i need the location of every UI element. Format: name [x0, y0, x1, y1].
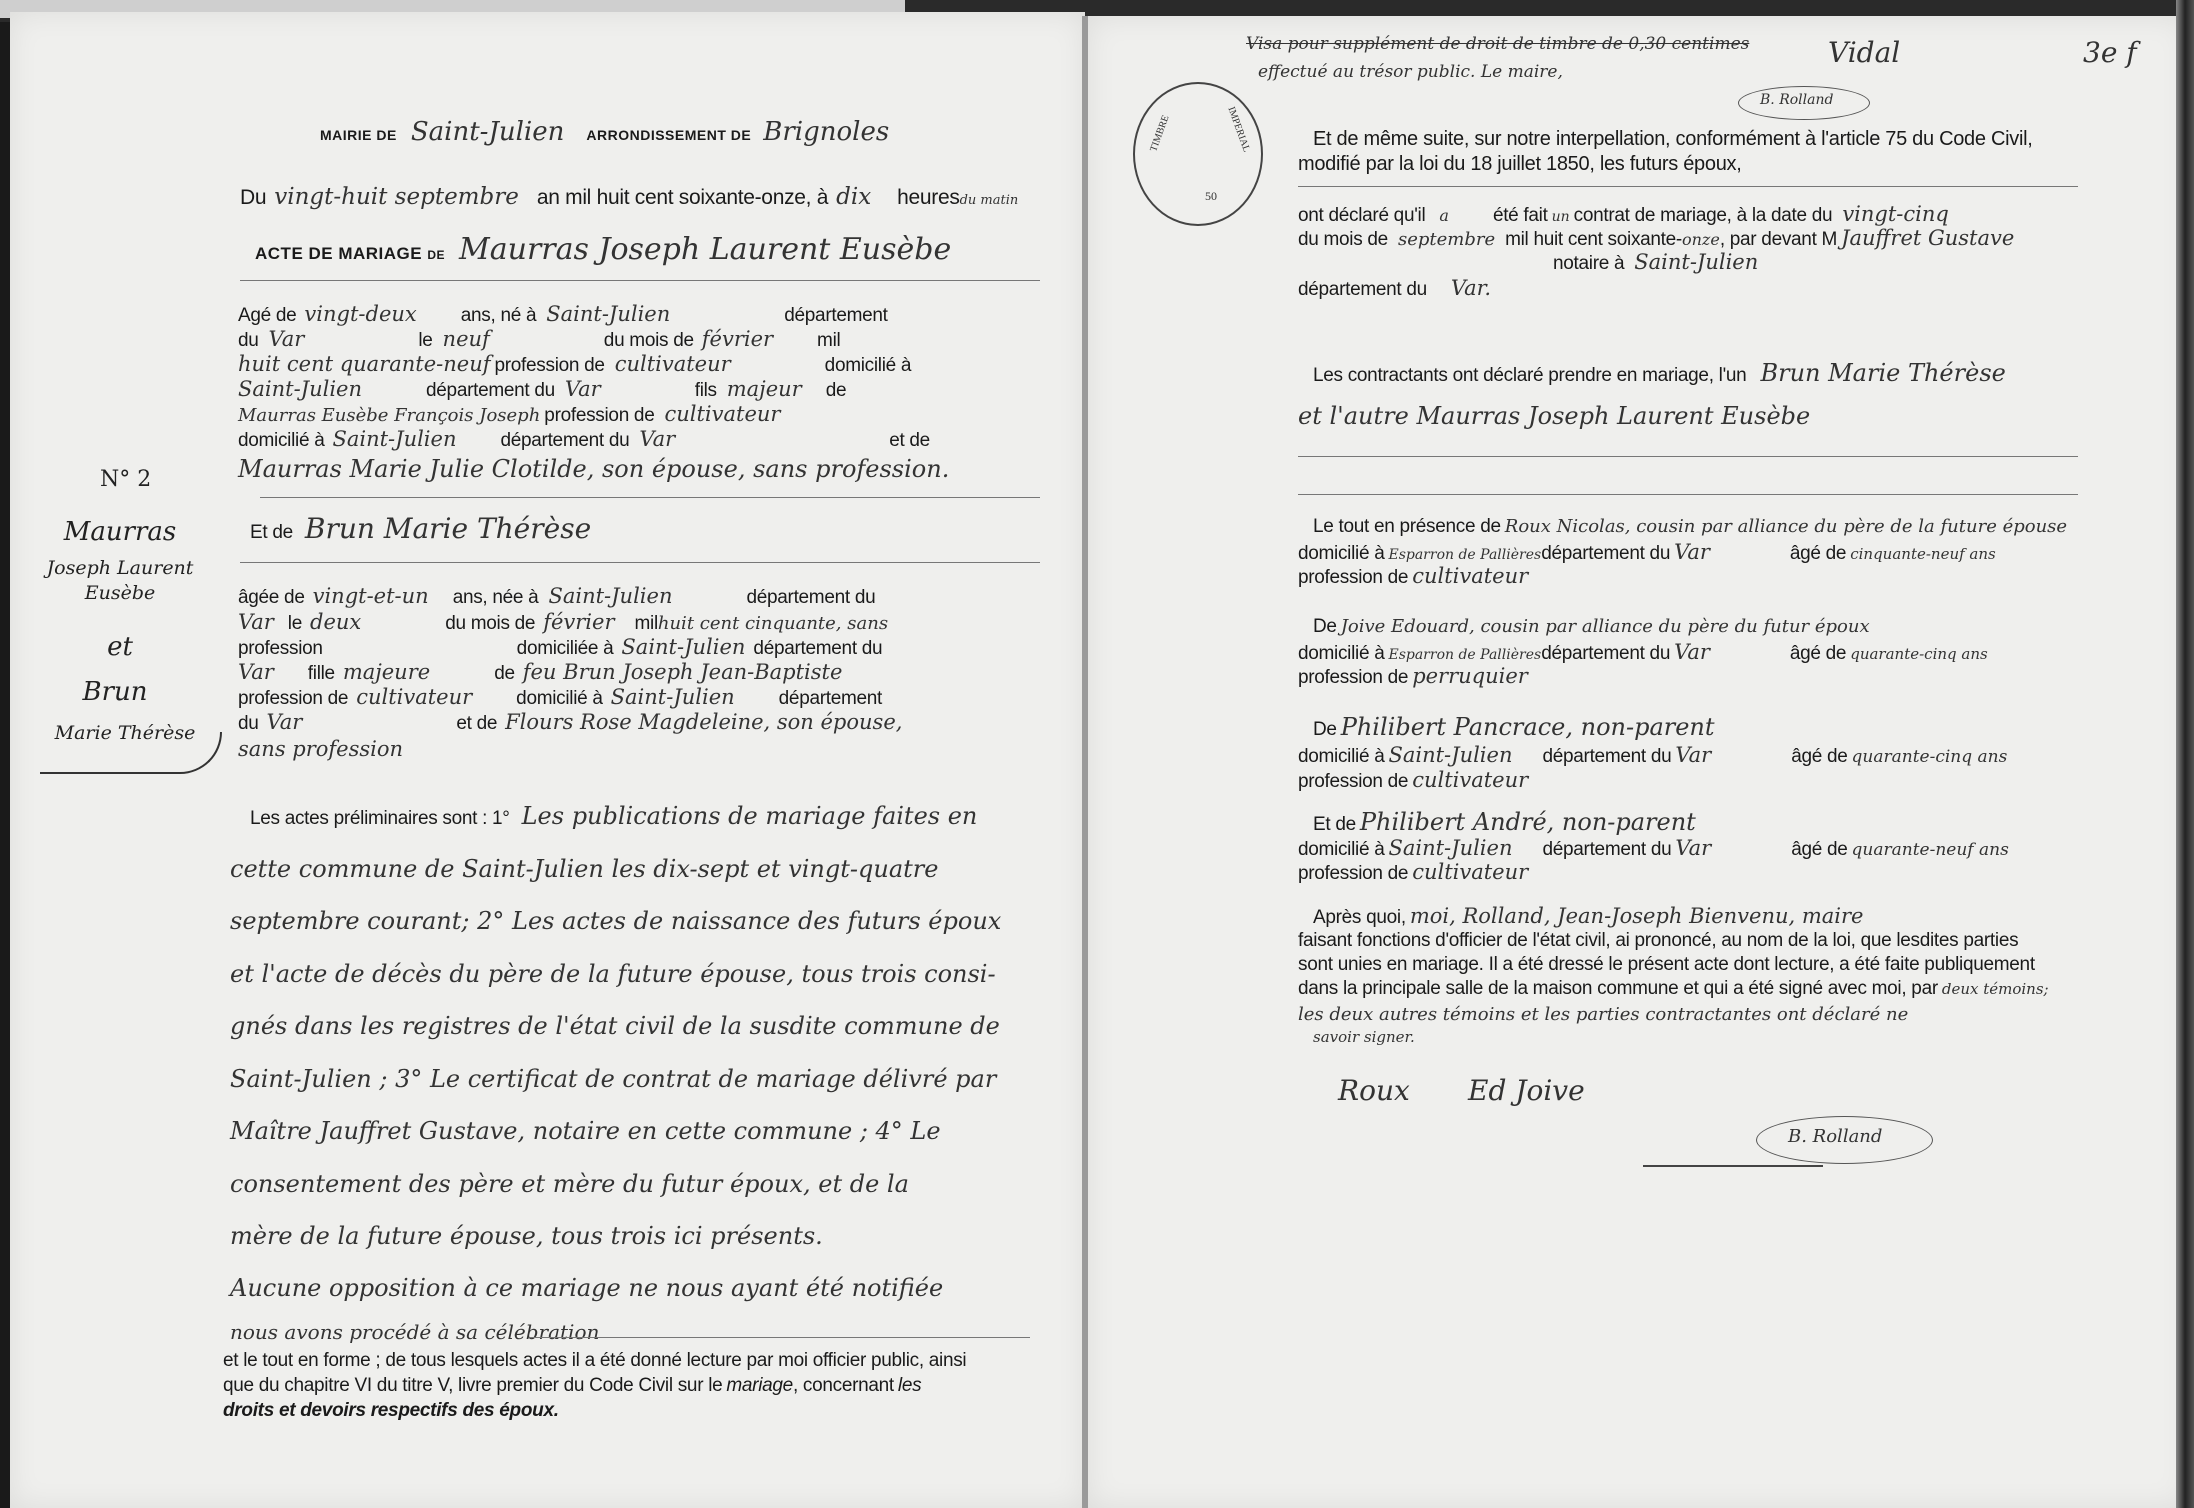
tax-stamp-seal: TIMBRE IMPERIAL 50	[1133, 82, 1263, 226]
witness-signature-joive: Ed Joive	[1468, 1074, 1585, 1107]
margin-bracket	[40, 732, 222, 774]
act-title: ACTE DE MARIAGE de Maurras Joseph Lauren…	[255, 232, 951, 267]
mairie-value: Saint-Julien	[411, 117, 565, 147]
mayor-signature: B. Rolland	[1788, 1126, 1882, 1147]
corner-note: 3e f	[2083, 36, 2137, 69]
margin-and: et	[60, 632, 180, 662]
margin-groom-given2: Eusèbe	[50, 582, 190, 604]
divider	[240, 280, 1040, 281]
right-page: Visa pour supplément de droit de timbre …	[1082, 16, 2188, 1508]
record-number: N° 2	[100, 467, 151, 492]
visa-signature: Vidal	[1828, 36, 1900, 69]
divider	[1298, 186, 2078, 187]
bride-mother-profession: sans profession	[238, 737, 403, 761]
book-edge	[2176, 0, 2194, 1508]
witness-signature-roux: Roux	[1338, 1074, 1410, 1107]
left-page: MAIRIE DE Saint-Julien ARRONDISSEMENT DE…	[10, 12, 1085, 1508]
margin-bride-surname: Brun	[40, 677, 190, 707]
divider	[240, 562, 1040, 563]
signature-flourish	[1643, 1165, 1823, 1167]
arrondissement-value: Brignoles	[763, 117, 889, 147]
bride-name: Brun Marie Thérèse	[305, 512, 591, 545]
divider	[260, 497, 1040, 498]
date-line: Du vingt-huit septembre an mil huit cent…	[240, 184, 1018, 210]
mairie-header: MAIRIE DE Saint-Julien ARRONDISSEMENT DE…	[320, 117, 889, 147]
groom-mother: Maurras Marie Julie Clotilde, son épouse…	[238, 455, 949, 483]
divider	[530, 1337, 1030, 1338]
margin-groom-given: Joseph Laurent	[30, 557, 210, 579]
divider	[1298, 456, 2078, 457]
groom-name: Maurras Joseph Laurent Eusèbe	[459, 232, 951, 267]
margin-groom-surname: Maurras	[40, 517, 200, 547]
divider	[1298, 494, 2078, 495]
